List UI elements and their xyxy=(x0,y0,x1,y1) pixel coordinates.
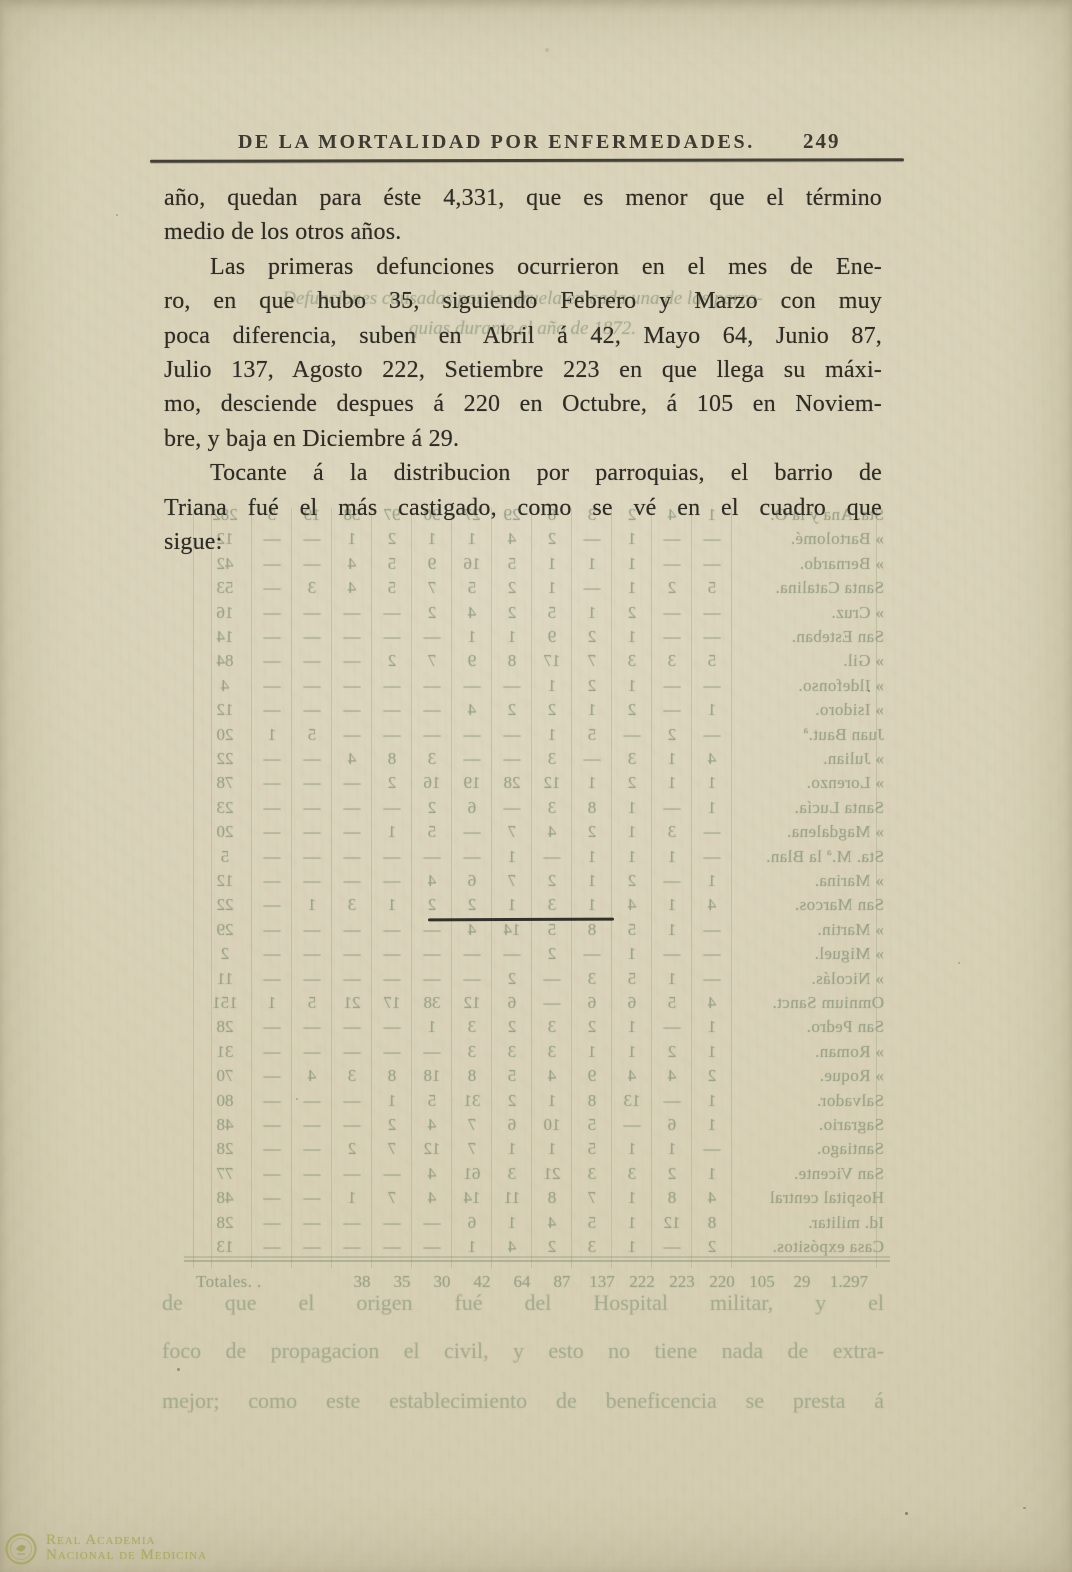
ghost-row-label: San Pedro. xyxy=(732,1017,884,1037)
ghost-totals-row: Totales. .383530426487137222223220105291… xyxy=(196,1272,876,1292)
ghost-cell: 61 xyxy=(452,1164,492,1184)
ghost-cell: 3 xyxy=(492,1042,532,1062)
ghost-cell: 1 xyxy=(572,603,612,623)
ghost-cell: 1 xyxy=(572,871,612,891)
ghost-cell: 3 xyxy=(532,798,572,818)
ghost-cell: — xyxy=(252,651,292,671)
ghost-cell: — xyxy=(252,847,292,867)
paper-speck xyxy=(116,214,118,216)
ghost-cell: 1 xyxy=(692,1115,732,1135)
ghost-column-rule xyxy=(331,508,332,1268)
ghost-cell: — xyxy=(332,700,372,720)
ghost-table-row: San Pedro.1—123231————28 xyxy=(198,1017,884,1037)
ghost-cell: 70 xyxy=(198,1066,252,1086)
academy-seal-icon xyxy=(4,1524,38,1570)
ghost-cell: 1 xyxy=(492,627,532,647)
ghost-cell: 1 xyxy=(372,822,412,842)
ghost-cell: 1 xyxy=(652,895,692,915)
ghost-cell: — xyxy=(572,749,612,769)
ghost-cell: 7 xyxy=(372,1139,412,1159)
ghost-cell: 7 xyxy=(492,822,532,842)
ghost-cell: — xyxy=(532,847,572,867)
ghost-cell: — xyxy=(292,651,332,671)
ghost-table-row: Santa Catalina.521—1257543—53 xyxy=(198,578,884,598)
ghost-cell: 2 xyxy=(532,700,572,720)
ghost-cell: 3 xyxy=(332,1066,372,1086)
ghost-table-row: » Miguel.——1—2———————2 xyxy=(198,944,884,964)
ghost-cell: — xyxy=(492,944,532,964)
ghost-table-row: Casa expósitos.2—13241—————13 xyxy=(198,1237,884,1257)
ghost-cell: — xyxy=(252,969,292,989)
ghost-cell: 1 xyxy=(612,1213,652,1233)
ghost-cell: 8 xyxy=(692,1213,732,1233)
ghost-cell: — xyxy=(292,847,332,867)
ghost-cell: — xyxy=(292,1213,332,1233)
ghost-cell: 5 xyxy=(612,969,652,989)
ghost-cell: 2 xyxy=(332,1139,372,1159)
ghost-table-row: Santa Lucía.1—183—62————23 xyxy=(198,798,884,818)
ghost-cell: 1 xyxy=(612,944,652,964)
ghost-cell: 5 xyxy=(572,725,612,745)
ghost-cell: 4 xyxy=(612,1066,652,1086)
ghost-cell: — xyxy=(252,798,292,818)
ghost-cell: 5 xyxy=(532,603,572,623)
paper-speck xyxy=(905,1512,908,1515)
ghost-cell: — xyxy=(292,1139,332,1159)
ghost-cell: — xyxy=(452,749,492,769)
ghost-cell: 1 xyxy=(372,895,412,915)
ghost-cell: 2 xyxy=(372,773,412,793)
ghost-cell: 13 xyxy=(612,1091,652,1111)
ghost-cell: — xyxy=(452,725,492,745)
ghost-column-rule xyxy=(611,508,612,1268)
ghost-cell: — xyxy=(372,798,412,818)
ghost-cell: 2 xyxy=(652,725,692,745)
ghost-cell: 3 xyxy=(452,1042,492,1062)
ghost-table-row: Totales. .383530426487137222223220105291… xyxy=(196,1272,876,1292)
ghost-cell: — xyxy=(652,1237,692,1257)
ghost-cell: — xyxy=(372,676,412,696)
ghost-cell: — xyxy=(292,944,332,964)
ghost-cell: 5 xyxy=(572,1213,612,1233)
ghost-cell: 4 xyxy=(412,871,452,891)
ghost-cell: 31 xyxy=(198,1042,252,1062)
ghost-cell: — xyxy=(372,1017,412,1037)
ghost-cell: — xyxy=(332,651,372,671)
ghost-cell: — xyxy=(332,822,372,842)
ghost-cell: 4 xyxy=(492,1237,532,1257)
text-line: bre, y baja en Diciembre á 29. xyxy=(164,422,882,457)
ghost-cell: 1 xyxy=(612,578,652,598)
ghost-cell: 1 xyxy=(612,847,652,867)
ghost-cell: — xyxy=(252,700,292,720)
ghost-table-row: » Lorenzo.1121122819162———78 xyxy=(198,773,884,793)
ghost-column-rule xyxy=(691,508,692,1268)
ghost-cell: 222 xyxy=(622,1272,662,1292)
running-header-title: DE LA MORTALIDAD POR ENFERMEDADES. xyxy=(238,131,755,154)
ghost-cell: 5 xyxy=(572,1139,612,1159)
ghost-cell: — xyxy=(292,1042,332,1062)
ghost-cell: — xyxy=(652,944,692,964)
ghost-cell: — xyxy=(332,1115,372,1135)
ghost-cell: 1 xyxy=(692,871,732,891)
ghost-cell: — xyxy=(252,895,292,915)
ghost-cell: 2 xyxy=(492,603,532,623)
ghost-column-rule xyxy=(531,508,532,1268)
ghost-table-row: » Julian.413—3——384——22 xyxy=(198,749,884,769)
ghost-cell: — xyxy=(572,944,612,964)
ghost-row-label: » Lorenzo. xyxy=(732,773,884,793)
ghost-cell: 1 xyxy=(572,847,612,867)
ghost-cell: — xyxy=(412,700,452,720)
ghost-cell: 28 xyxy=(492,773,532,793)
ghost-cell: 2 xyxy=(652,1042,692,1062)
ghost-cell: — xyxy=(252,1115,292,1135)
ghost-row-label: » Isidoro. xyxy=(732,700,884,720)
ghost-cell: — xyxy=(412,1237,452,1257)
ghost-cell: — xyxy=(332,1213,372,1233)
ghost-table-row: Santiago.—1151171272——28 xyxy=(198,1139,884,1159)
ghost-cell: — xyxy=(412,1213,452,1233)
ghost-cell: 2 xyxy=(492,700,532,720)
ghost-cell: — xyxy=(652,871,692,891)
ghost-column-rule xyxy=(451,508,452,1268)
ghost-cell: 151 xyxy=(198,993,252,1013)
ghost-cell: 1 xyxy=(452,627,492,647)
ghost-cell: — xyxy=(292,1091,332,1111)
ghost-cell: 3 xyxy=(532,749,572,769)
ghost-cell: — xyxy=(252,1164,292,1184)
ghost-table-row: Hospital central481781114471——48 xyxy=(198,1188,884,1208)
ghost-cell: 48 xyxy=(198,1188,252,1208)
ghost-cell: 2 xyxy=(492,969,532,989)
ghost-cell: 35 xyxy=(382,1272,422,1292)
ghost-cell: 1 xyxy=(652,773,692,793)
ghost-cell: — xyxy=(332,1042,372,1062)
ghost-row-label: » Julian. xyxy=(732,749,884,769)
ghost-column-rule xyxy=(731,508,732,1268)
ghost-cell: 1 xyxy=(532,1091,572,1111)
ghost-row-label: Hospital central xyxy=(732,1188,884,1208)
ghost-cell: 1.297 xyxy=(822,1272,876,1292)
ghost-cell: 48 xyxy=(198,1115,252,1135)
ghost-cell: 2 xyxy=(372,1115,412,1135)
ghost-cell: 5 xyxy=(572,1115,612,1135)
ghost-cell: 6 xyxy=(492,1115,532,1135)
ghost-cell: 6 xyxy=(652,1115,692,1135)
ghost-cell: 2 xyxy=(412,798,452,818)
ghost-cell: 7 xyxy=(372,1188,412,1208)
ghost-cell: 21 xyxy=(532,1164,572,1184)
ghost-cell: — xyxy=(452,944,492,964)
ghost-cell: — xyxy=(372,969,412,989)
ghost-paragraph-line: de que el origen fué del Hospital milita… xyxy=(162,1290,884,1316)
ghost-cell: — xyxy=(452,822,492,842)
ghost-cell: 1 xyxy=(612,676,652,696)
ghost-cell: — xyxy=(332,773,372,793)
ghost-cell: 4 xyxy=(412,1115,452,1135)
paper-speck xyxy=(296,1098,298,1100)
ghost-cell: 2 xyxy=(612,773,652,793)
ghost-table-row: » Martin.—1585144—————29 xyxy=(198,920,884,940)
ghost-row-label: San Esteban. xyxy=(732,627,884,647)
ghost-cell: 5 xyxy=(652,993,692,1013)
ghost-cell: 1 xyxy=(612,627,652,647)
ghost-cell: — xyxy=(412,1042,452,1062)
ghost-cell: 8 xyxy=(572,1091,612,1111)
ghost-table-row: Omnium Sanct.4566—61238172151151 xyxy=(198,993,884,1013)
ghost-cell: 1 xyxy=(332,1188,372,1208)
ghost-cell: 5 xyxy=(412,1091,452,1111)
text-line: poca diferencia, suben en Abril á 42, Ma… xyxy=(164,319,882,354)
ghost-cell: — xyxy=(572,578,612,598)
ghost-cell: — xyxy=(652,798,692,818)
ghost-column-rule xyxy=(251,508,252,1268)
watermark-text: Real Academia Nacional de Medicina xyxy=(46,1533,207,1563)
ghost-cell: — xyxy=(252,676,292,696)
ghost-cell: 9 xyxy=(532,627,572,647)
ghost-cell: 2 xyxy=(612,871,652,891)
ghost-totals-rule xyxy=(184,1260,890,1262)
ghost-cell: — xyxy=(372,847,412,867)
ghost-cell: 30 xyxy=(422,1272,462,1292)
ghost-cell: — xyxy=(332,725,372,745)
ghost-cell: — xyxy=(332,920,372,940)
ghost-cell: 23 xyxy=(198,798,252,818)
ghost-cell: — xyxy=(372,627,412,647)
ghost-cell: 14 xyxy=(198,627,252,647)
ghost-row-label: Sta. M.ª la Blan. xyxy=(732,847,884,867)
ghost-cell: 2 xyxy=(572,822,612,842)
paper-speck xyxy=(177,1368,180,1371)
ghost-cell: — xyxy=(692,822,732,842)
ghost-cell: 6 xyxy=(452,798,492,818)
ghost-cell: 1 xyxy=(692,798,732,818)
ghost-cell: 22 xyxy=(198,895,252,915)
ghost-cell: — xyxy=(372,725,412,745)
ghost-cell: — xyxy=(292,773,332,793)
ghost-cell: — xyxy=(532,969,572,989)
ghost-cell: — xyxy=(332,944,372,964)
ghost-cell: 7 xyxy=(572,651,612,671)
text-line: medio de los otros años. xyxy=(164,215,882,250)
ghost-cell: 1 xyxy=(372,1091,412,1111)
ghost-cell: 80 xyxy=(198,1091,252,1111)
ghost-cell: 28 xyxy=(198,1213,252,1233)
ghost-cell: 1 xyxy=(612,822,652,842)
ghost-cell: 1 xyxy=(612,1237,652,1257)
ghost-cell: — xyxy=(332,969,372,989)
ghost-table-row: » Isidoro.1—21224—————12 xyxy=(198,700,884,720)
ghost-table-row: » Magdalena.—31247—51———20 xyxy=(198,822,884,842)
ghost-cell: — xyxy=(692,603,732,623)
ghost-cell: — xyxy=(692,847,732,867)
ghost-cell: — xyxy=(372,920,412,940)
library-watermark: Real Academia Nacional de Medicina xyxy=(4,1524,207,1570)
ghost-row-label: Santiago. xyxy=(732,1139,884,1159)
ghost-cell: 13 xyxy=(198,1237,252,1257)
ghost-cell: — xyxy=(332,871,372,891)
ghost-cell: 4 xyxy=(198,676,252,696)
ghost-cell: 14 xyxy=(492,920,532,940)
ghost-cell: 3 xyxy=(492,1164,532,1184)
ghost-cell: — xyxy=(692,944,732,964)
ghost-cell: — xyxy=(332,1164,372,1184)
ghost-cell: 19 xyxy=(452,773,492,793)
ghost-cell: 4 xyxy=(692,749,732,769)
ghost-column-rule xyxy=(651,508,652,1268)
ghost-cell: — xyxy=(292,603,332,623)
ghost-cell: 220 xyxy=(702,1272,742,1292)
ghost-cell: 14 xyxy=(452,1188,492,1208)
paper-speck xyxy=(958,962,960,964)
text-line: año, quedan para éste 4,331, que es meno… xyxy=(164,181,882,216)
ghost-cell: — xyxy=(252,822,292,842)
ghost-cell: 5 xyxy=(532,920,572,940)
ghost-column-rule xyxy=(291,508,292,1268)
ghost-cell: — xyxy=(332,1237,372,1257)
ghost-table-row: » Nicolás.—153—2——————11 xyxy=(198,969,884,989)
page-number: 249 xyxy=(803,129,841,154)
ghost-cell: 1 xyxy=(492,1139,532,1159)
ghost-cell: — xyxy=(652,603,692,623)
ghost-cell: 12 xyxy=(452,993,492,1013)
ghost-cell: — xyxy=(652,1091,692,1111)
ghost-cell: 4 xyxy=(652,1066,692,1086)
ghost-cell: — xyxy=(372,944,412,964)
ghost-cell: 28 xyxy=(198,1017,252,1037)
ghost-cell: 2 xyxy=(652,1164,692,1184)
text-line: Tocante á la distribucion por parroquias… xyxy=(164,456,882,491)
ghost-cell: 4 xyxy=(452,700,492,720)
ghost-cell: — xyxy=(692,920,732,940)
ghost-cell: 16 xyxy=(412,773,452,793)
ghost-cell: — xyxy=(372,1237,412,1257)
ghost-cell: 2 xyxy=(572,1017,612,1037)
ghost-cell: — xyxy=(652,700,692,720)
ghost-cell: — xyxy=(332,676,372,696)
ghost-paragraph-line: mejor; como este establecimiento de bene… xyxy=(162,1388,884,1414)
ghost-cell: 223 xyxy=(662,1272,702,1292)
ghost-cell: 4 xyxy=(532,1213,572,1233)
ghost-cell: 18 xyxy=(412,1066,452,1086)
ghost-cell: 12 xyxy=(198,700,252,720)
ghost-cell: 84 xyxy=(198,651,252,671)
ghost-row-label: » Marina. xyxy=(732,871,884,891)
ghost-cell: 1 xyxy=(412,1017,452,1037)
ghost-table-row: Id. militar.81215416—————28 xyxy=(198,1213,884,1233)
ghost-cell: 12 xyxy=(412,1139,452,1159)
ghost-cell: 9 xyxy=(452,651,492,671)
ghost-cell: 42 xyxy=(462,1272,502,1292)
ghost-cell: 3 xyxy=(532,1042,572,1062)
ghost-cell: 1 xyxy=(692,1042,732,1062)
ghost-cell: — xyxy=(612,1115,652,1135)
ghost-row-label: » Miguel. xyxy=(732,944,884,964)
ghost-cell: 1 xyxy=(572,895,612,915)
ghost-cell: 6 xyxy=(452,871,492,891)
paper-speck xyxy=(868,690,870,692)
ghost-cell: 1 xyxy=(292,895,332,915)
ghost-cell: 2 xyxy=(198,944,252,964)
ghost-cell: 1 xyxy=(612,1139,652,1159)
ghost-cell: — xyxy=(412,969,452,989)
ghost-cell: — xyxy=(292,1188,332,1208)
ghost-cell: 6 xyxy=(572,993,612,1013)
ghost-cell: — xyxy=(332,1017,372,1037)
ghost-cell: 8 xyxy=(652,1188,692,1208)
ghost-cell: — xyxy=(292,798,332,818)
ghost-table-row: San Vicente.1233213614————77 xyxy=(198,1164,884,1184)
ghost-cell: — xyxy=(452,676,492,696)
ghost-cell: 8 xyxy=(532,1188,572,1208)
ghost-cell: — xyxy=(452,969,492,989)
ghost-cell: 4 xyxy=(692,895,732,915)
ghost-cell: 64 xyxy=(502,1272,542,1292)
ghost-table-row: » Roque.244945818834—70 xyxy=(198,1066,884,1086)
ghost-cell: 6 xyxy=(492,993,532,1013)
ghost-cell: 1 xyxy=(652,969,692,989)
ghost-cell: — xyxy=(252,578,292,598)
ghost-cell: 12 xyxy=(532,773,572,793)
ghost-table-row: Sagrario.16—5106742———48 xyxy=(198,1115,884,1135)
ghost-table-row: » Marina.1—212764————12 xyxy=(198,871,884,891)
ghost-cell: 2 xyxy=(412,603,452,623)
ghost-cell: 5 xyxy=(692,651,732,671)
ghost-cell: 77 xyxy=(198,1164,252,1184)
ghost-cell: — xyxy=(492,749,532,769)
ghost-cell: 8 xyxy=(372,749,412,769)
ghost-cell: — xyxy=(292,749,332,769)
ghost-cell: 4 xyxy=(612,895,652,915)
ghost-row-label: » Nicolás. xyxy=(732,969,884,989)
ghost-cell: 3 xyxy=(612,1164,652,1184)
ghost-cell: 7 xyxy=(452,1115,492,1135)
watermark-line: Real Academia xyxy=(46,1533,207,1548)
ghost-cell: — xyxy=(292,700,332,720)
ghost-cell: 22 xyxy=(198,749,252,769)
ghost-column-rule xyxy=(211,508,212,1268)
ghost-table-row: » Roman.1211333—————31 xyxy=(198,1042,884,1062)
ghost-cell: — xyxy=(252,1017,292,1037)
ghost-cell: 12 xyxy=(198,871,252,891)
ghost-cell: 4 xyxy=(452,603,492,623)
ghost-cell: — xyxy=(332,798,372,818)
ghost-cell: 2 xyxy=(532,1237,572,1257)
ghost-cell: — xyxy=(252,1042,292,1062)
ghost-cell: 8 xyxy=(572,920,612,940)
ghost-cell: 137 xyxy=(582,1272,622,1292)
ghost-row-label: Sagrario. xyxy=(732,1115,884,1135)
ghost-cell: 10 xyxy=(532,1115,572,1135)
ghost-cell: 1 xyxy=(652,920,692,940)
ghost-cell: — xyxy=(652,676,692,696)
ghost-cell: 3 xyxy=(532,895,572,915)
ghost-table-row: » Gil.5337178972———84 xyxy=(198,651,884,671)
ghost-table-row: » Ildefonso.——121———————4 xyxy=(198,676,884,696)
ghost-cell: — xyxy=(292,1237,332,1257)
ghost-cell: 29 xyxy=(782,1272,822,1292)
ghost-table-row: San Marcos.41413122131—22 xyxy=(198,895,884,915)
ghost-cell: 2 xyxy=(412,895,452,915)
ghost-cell: 1 xyxy=(532,676,572,696)
ghost-cell: 1 xyxy=(492,895,532,915)
ghost-cell: 2 xyxy=(492,1017,532,1037)
ghost-cell: 4 xyxy=(532,822,572,842)
ghost-cell: 3 xyxy=(652,651,692,671)
ghost-row-label: Id. militar. xyxy=(732,1213,884,1233)
ghost-row-label: » Gil. xyxy=(732,651,884,671)
